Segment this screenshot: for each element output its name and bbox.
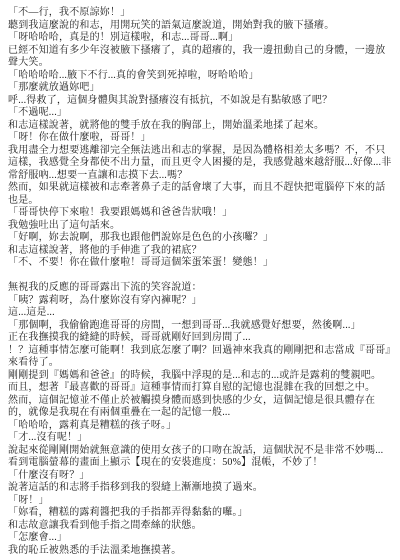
text-paragraph: 「哈哈哈，露莉真是糟糕的孩子呀。」 xyxy=(8,420,392,433)
text-paragraph: 我用盡全力想要逃離卻完全無法逃出和志的掌握，是因為體格相差太多嗎？不，不只這樣，… xyxy=(8,145,392,183)
text-paragraph: ！？這種事情怎麼可能啊！我到底怎麼了啊？回過神來我真的剛剛把和志當成『哥哥』來看… xyxy=(8,345,392,370)
text-paragraph: 「哈哈哈哈...腋下不行...真的會笑到死掉啦，呀哈哈哈」 xyxy=(8,70,392,83)
text-paragraph: 正在我撫摸我的縫縫的時候，哥哥就剛好回到房間了... xyxy=(8,332,392,345)
paragraph-container: 「不—行，我不原諒妳！」聽到我這麼說的和志，用開玩笑的語氣這麼說道，開始對我的腋… xyxy=(8,7,392,557)
text-paragraph: 「怎麼會...」 xyxy=(8,532,392,545)
text-paragraph: 和志這樣說著，就將他的雙手放在我的胸部上，開始溫柔地揉了起來。 xyxy=(8,120,392,133)
novel-text-page: 「不—行，我不原諒妳！」聽到我這麼說的和志，用開玩笑的語氣這麼說道，開始對我的腋… xyxy=(0,0,400,560)
text-paragraph: 然而，這個記憶並不僅止於被觸摸身體而感到快感的少女，這個記憶是很具體存在的，就像… xyxy=(8,395,392,420)
blank-line xyxy=(8,270,392,283)
text-paragraph: 「呀！」 xyxy=(8,495,392,508)
text-paragraph: 和志故意讓我看到他手指之間牽絲的狀態。 xyxy=(8,520,392,533)
text-paragraph: 我勉強吐出了這句話來。 xyxy=(8,220,392,233)
text-paragraph: 無視我的反應的哥哥露出下流的笑容說道： xyxy=(8,282,392,295)
text-paragraph: 「那個啊，我偷偷跑進哥哥的房間，一想到哥哥...我就感覺好想要，然後啊...」 xyxy=(8,320,392,333)
text-paragraph: 剛剛提到『媽媽和爸爸』的時候，我腦中浮現的是...和志的...或許是露莉的雙親吧… xyxy=(8,370,392,383)
text-paragraph: 我的恥丘被熟悉的手法溫柔地撫摸著。 xyxy=(8,545,392,558)
text-paragraph: 「不、不要！你在做什麼啦！哥哥這個笨蛋笨蛋！變態！」 xyxy=(8,257,392,270)
text-paragraph: 說著這話的和志將手指移到我的裂縫上漸漸地摸了過來。 xyxy=(8,482,392,495)
text-paragraph: 呼...得救了，這個身體與其說對搔癢沒有抵抗，不如說是有點敏感了吧？ xyxy=(8,95,392,108)
text-paragraph: 「才...沒有呢！」 xyxy=(8,432,392,445)
text-paragraph: 說起來從剛剛開始就無意識的使用女孩子的口吻在說話，這個狀況不是非常不妙嗎...看… xyxy=(8,445,392,470)
text-paragraph: 「不—行，我不原諒妳！」 xyxy=(8,7,392,20)
text-paragraph: 「妳看，糟糕的露莉醬把我的手指都弄得黏黏的囉。」 xyxy=(8,507,392,520)
text-paragraph: 「那麼就放過妳吧」 xyxy=(8,82,392,95)
text-paragraph: 「哥哥快停下來啦！我要跟媽媽和爸爸告狀哦！」 xyxy=(8,207,392,220)
text-paragraph: 「呀哈哈哈，真是的！別這樣啦，和志...哥哥...啊」 xyxy=(8,32,392,45)
text-paragraph: 這...這是... xyxy=(8,307,392,320)
text-paragraph: 和志這樣說著，將他的手伸進了我的裙底？ xyxy=(8,245,392,258)
text-paragraph: 「不過呢...」 xyxy=(8,107,392,120)
text-paragraph: 「好啊，妳去說啊，那我也跟他們說妳是色色的小孩囉？」 xyxy=(8,232,392,245)
text-paragraph: 聽到我這麼說的和志，用開玩笑的語氣這麼說道，開始對我的腋下搔癢。 xyxy=(8,20,392,33)
text-paragraph: 「什麼沒有呀？」 xyxy=(8,470,392,483)
text-paragraph: 而且，想著『最喜歡的哥哥』這種事情而打算自慰的記憶也混雜在我的回想之中。 xyxy=(8,382,392,395)
text-paragraph: 「呀！你在做什麼啦，哥哥！」 xyxy=(8,132,392,145)
text-paragraph: 然而，如果就這樣被和志牽著鼻子走的話會壞了大事，而且不趕快把電腦停下來的話也是。 xyxy=(8,182,392,207)
text-paragraph: 「咦？露莉呀，為什麼妳沒有穿內褲呢？」 xyxy=(8,295,392,308)
text-paragraph: 已經不知道有多少年沒被腋下搔癢了，真的超癢的，我一邊扭動自己的身體，一邊放聲大笑… xyxy=(8,45,392,70)
